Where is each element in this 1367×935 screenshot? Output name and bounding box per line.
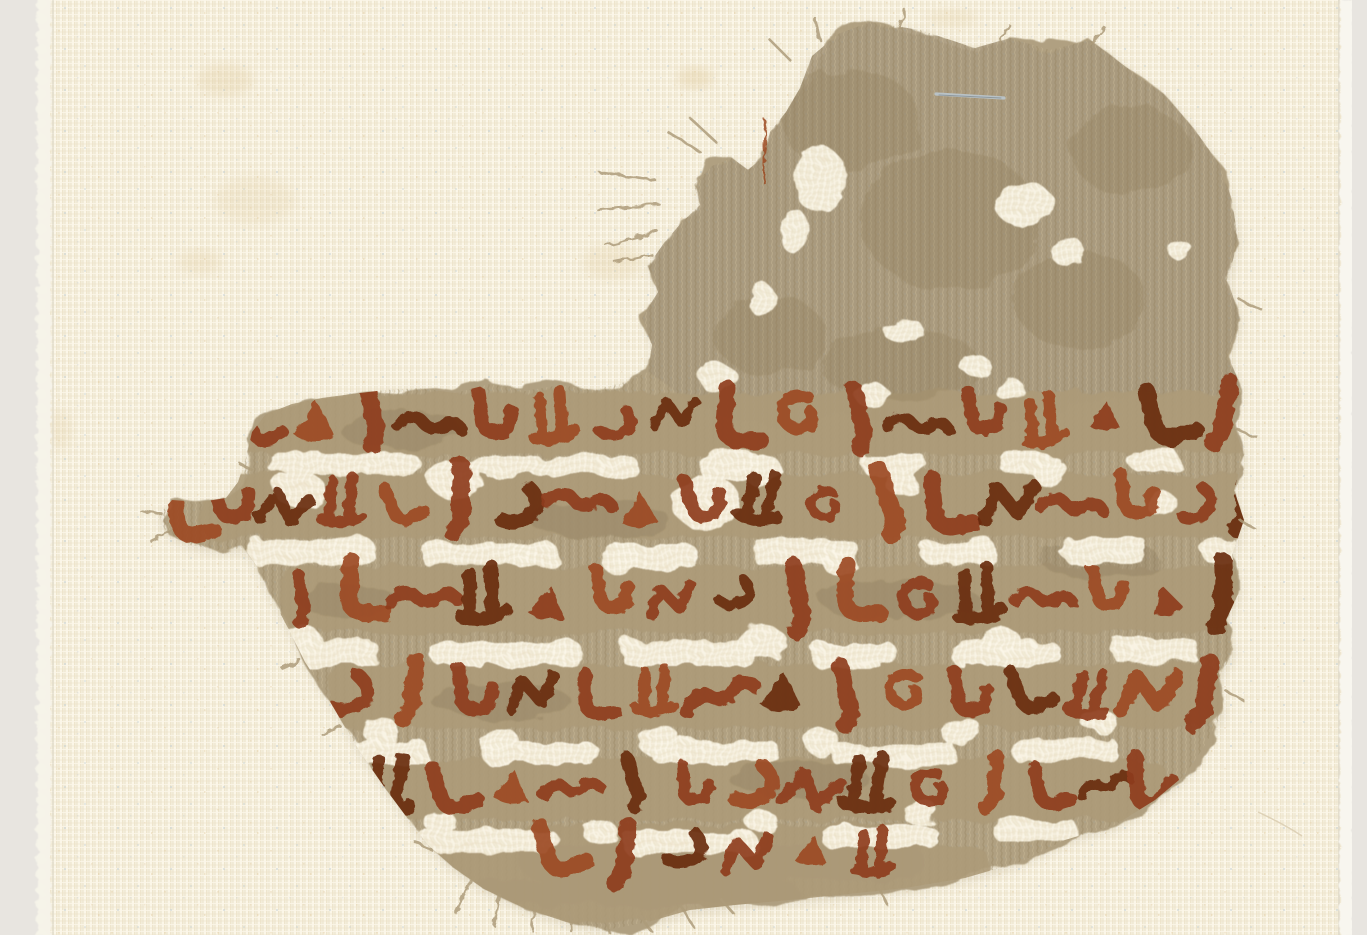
stain — [677, 67, 713, 89]
worn-gap-band — [992, 820, 1078, 840]
hole — [942, 716, 982, 748]
worn-gap-band — [1112, 638, 1198, 662]
worn-gap-band — [268, 452, 418, 474]
hole — [746, 810, 778, 834]
hole — [362, 716, 398, 744]
stain — [927, 9, 977, 27]
kufic-motif-bar — [1215, 561, 1228, 627]
hole — [1168, 240, 1192, 260]
hole — [750, 282, 774, 318]
worn-gap-band — [622, 640, 758, 666]
hole — [582, 820, 618, 844]
hole — [994, 380, 1026, 400]
photograph — [0, 0, 1367, 935]
hole — [600, 546, 640, 574]
hole — [995, 183, 1055, 227]
hole — [885, 318, 925, 346]
worn-gap-band — [1062, 538, 1148, 562]
worn-gap-band — [1128, 450, 1180, 470]
hole — [480, 728, 520, 756]
hole — [1050, 238, 1086, 266]
hole — [638, 726, 682, 758]
serged-edge — [36, 0, 54, 935]
hole — [982, 628, 1022, 656]
hole — [966, 536, 994, 556]
dark-fibre-patch — [1070, 106, 1190, 194]
hole — [538, 636, 582, 668]
kufic-motif-bar — [297, 575, 305, 622]
textile-photo-svg — [0, 0, 1367, 935]
stain — [48, 410, 72, 450]
hole — [738, 624, 786, 660]
worn-gap-band — [470, 456, 638, 476]
stain — [197, 64, 253, 96]
worn-gap-band — [812, 644, 898, 668]
stain — [178, 250, 222, 274]
backdrop-right-strip — [1352, 0, 1367, 935]
worn-gap-band — [1012, 738, 1118, 762]
hole — [959, 355, 991, 375]
hole — [794, 146, 846, 214]
kufic-motif-bar — [791, 566, 804, 631]
hole — [502, 544, 538, 568]
dark-fibre-patch — [1014, 252, 1146, 348]
hole — [804, 728, 840, 756]
kufic-motif-bar — [453, 466, 466, 532]
stain — [583, 244, 643, 280]
hole — [779, 210, 811, 254]
stain — [215, 176, 295, 224]
selvage-right-edge — [1339, 0, 1367, 935]
selvage-ridge — [1340, 0, 1353, 935]
worn-gap-band — [832, 744, 958, 766]
serge-stitches — [36, 0, 52, 935]
